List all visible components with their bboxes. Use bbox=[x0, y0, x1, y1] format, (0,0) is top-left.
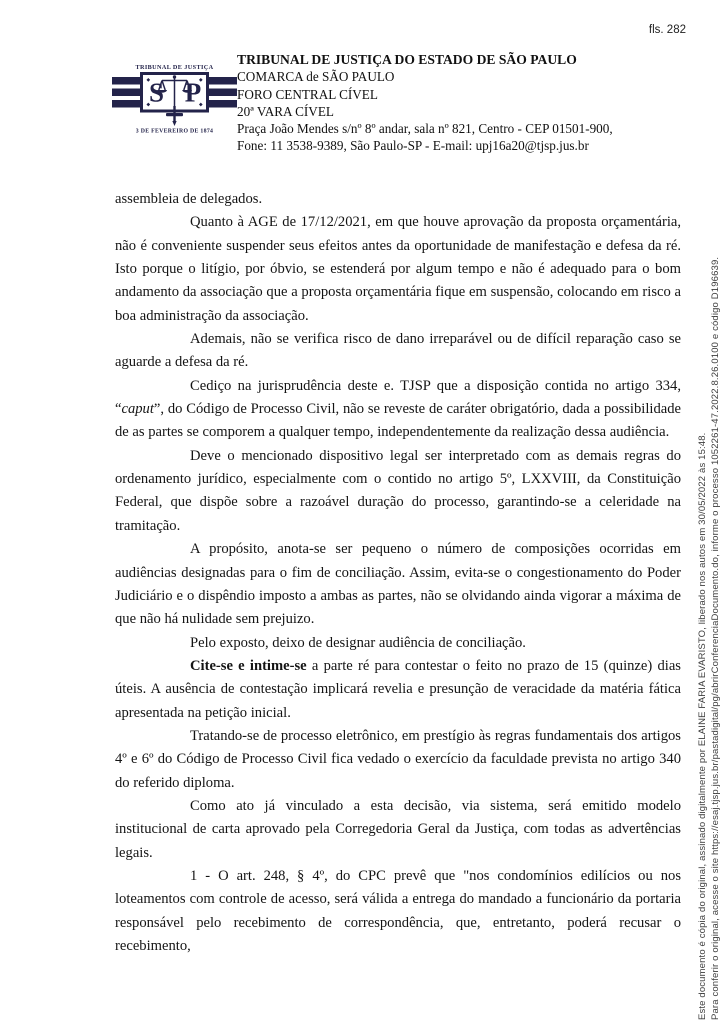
comarca-line: COMARCA de SÃO PAULO bbox=[237, 68, 613, 85]
paragraph-como-ato: Como ato já vinculado a esta decisão, vi… bbox=[115, 795, 681, 865]
foro-line: FORO CENTRAL CÍVEL bbox=[237, 86, 613, 103]
paragraph-age: Quanto à AGE de 17/12/2021, em que houve… bbox=[115, 211, 681, 328]
logo-top-label: TRIBUNAL DE JUSTIÇA bbox=[135, 64, 213, 71]
letterhead: TRIBUNAL DE JUSTIÇA DO ESTADO DE SÃO PAU… bbox=[237, 51, 613, 155]
stamp-line-2: Para conferir o original, acesse o site … bbox=[709, 164, 722, 1020]
paragraph-cedico-post: ”, do Código de Processo Civil, não se r… bbox=[115, 401, 681, 440]
paragraph-deve: Deve o mencionado dispositivo legal ser … bbox=[115, 445, 681, 538]
logo-emblem: TRIBUNAL DE JUSTIÇA S P bbox=[112, 64, 237, 135]
paragraph-cedico: Cediço na jurisprudência deste e. TJSP q… bbox=[115, 375, 681, 445]
paragraph-cite-se: Cite-se e intime-se a parte ré para cont… bbox=[115, 655, 681, 725]
stamp-line-1: Este documento é cópia do original, assi… bbox=[696, 164, 709, 1020]
paragraph-ademais: Ademais, não se verifica risco de dano i… bbox=[115, 328, 681, 375]
paragraph-tratando: Tratando-se de processo eletrônico, em p… bbox=[115, 725, 681, 795]
paragraph-fragment: assembleia de delegados. bbox=[115, 188, 681, 211]
digital-signature-stamp: Este documento é cópia do original, assi… bbox=[696, 164, 722, 1020]
vara-line: 20ª VARA CÍVEL bbox=[237, 103, 613, 120]
paragraph-art-248: 1 - O art. 248, § 4º, do CPC prevê que "… bbox=[115, 865, 681, 958]
address-line: Praça João Mendes s/nº 8º andar, sala nº… bbox=[237, 120, 613, 137]
document-page: fls. 282 TRIBUNAL DE JUSTIÇA S P bbox=[0, 0, 724, 1024]
decision-body: assembleia de delegados. Quanto à AGE de… bbox=[115, 188, 681, 958]
logo-bottom-label: 3 DE FEVEREIRO DE 1874 bbox=[136, 129, 213, 135]
folio-number: fls. 282 bbox=[649, 24, 686, 36]
paragraph-cite-se-bold: Cite-se e intime-se bbox=[190, 658, 307, 674]
paragraph-pelo-exposto: Pelo exposto, deixo de designar audiênci… bbox=[115, 632, 681, 655]
paragraph-cedico-caput: caput bbox=[121, 401, 153, 417]
tjsp-coat-of-arms-icon: TRIBUNAL DE JUSTIÇA S P bbox=[112, 56, 237, 146]
paragraph-proposito: A propósito, anota-se ser pequeno o núme… bbox=[115, 538, 681, 631]
contact-line: Fone: 11 3538-9389, São Paulo-SP - E-mai… bbox=[237, 137, 613, 154]
court-name: TRIBUNAL DE JUSTIÇA DO ESTADO DE SÃO PAU… bbox=[237, 51, 613, 68]
